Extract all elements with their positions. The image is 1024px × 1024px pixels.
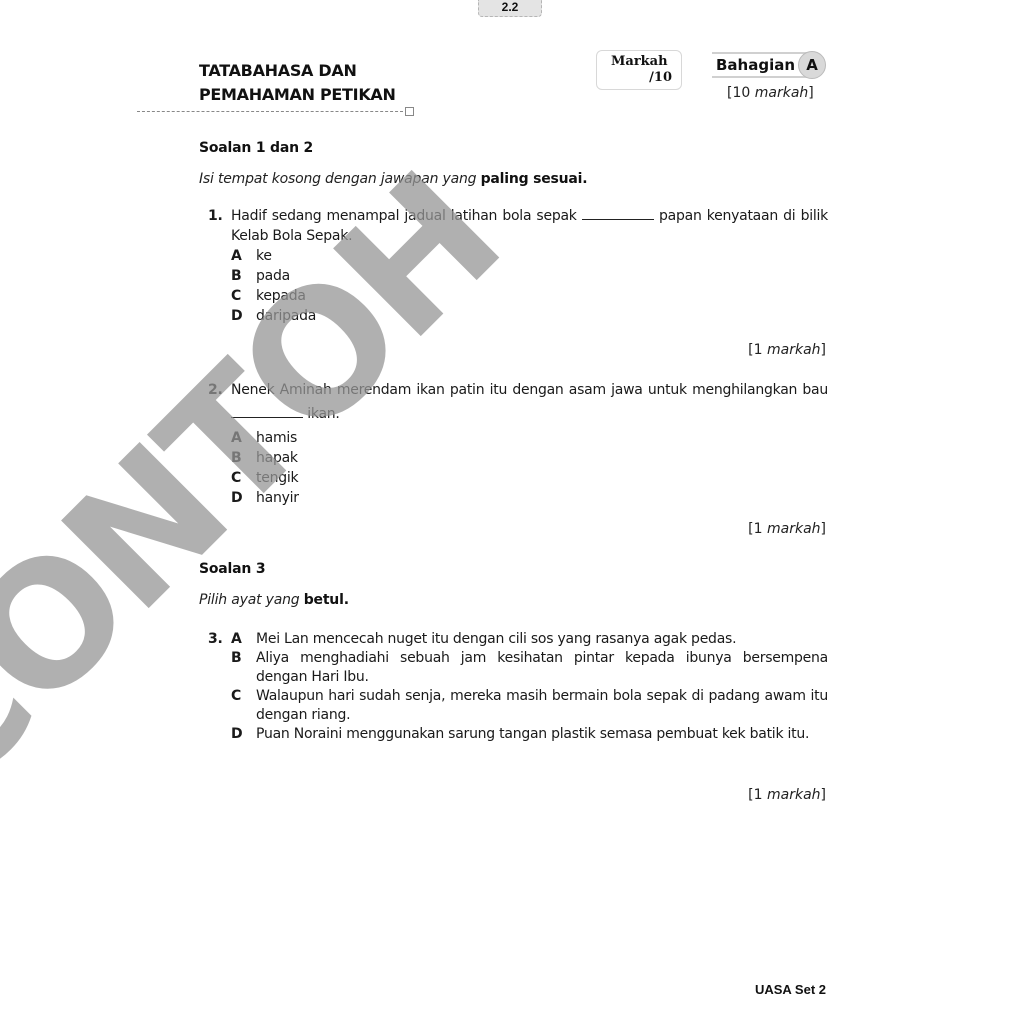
question-3: 3. AMei Lan mencecah nuget itu dengan ci… [208, 630, 828, 744]
question-1-marks: [1 markah] [748, 342, 826, 358]
score-value: /10 [649, 70, 672, 85]
option-d[interactable]: Ddaripada [231, 306, 828, 326]
question-stem: Nenek Aminah merendam ikan patin itu den… [231, 378, 828, 426]
score-label: Markah [611, 54, 668, 69]
option-c[interactable]: Ctengik [231, 466, 828, 486]
option-d[interactable]: DPuan Noraini menggunakan sarung tangan … [231, 725, 828, 744]
question-2: 2. Nenek Aminah merendam ikan patin itu … [208, 378, 828, 506]
answer-blank [231, 405, 303, 418]
question-number: 2. [208, 378, 223, 402]
title-dashed-rule [137, 111, 403, 112]
title-line-1: TATABAHASA DAN [199, 59, 396, 83]
section-heading-q3: Soalan 3 [199, 561, 265, 577]
option-a[interactable]: Ahamis [231, 426, 828, 446]
option-b[interactable]: Bhapak [231, 446, 828, 466]
option-c[interactable]: CWalaupun hari sudah senja, mereka masih… [231, 687, 828, 725]
section-badge: A [798, 51, 826, 79]
rule-end-square-icon [405, 107, 414, 116]
instruction-q3: Pilih ayat yang betul. [199, 592, 349, 608]
question-3-marks: [1 markah] [748, 787, 826, 803]
section-heading-q1-2: Soalan 1 dan 2 [199, 140, 313, 156]
option-b[interactable]: BAliya menghadiahi sebuah jam kesihatan … [231, 649, 828, 687]
section-title: TATABAHASA DAN PEMAHAMAN PETIKAN [199, 59, 396, 107]
score-box: Markah /10 [596, 50, 682, 90]
option-a[interactable]: Ake [231, 246, 828, 266]
footer-set-label: UASA Set 2 [755, 982, 826, 997]
instruction-q1-2: Isi tempat kosong dengan jawapan yang pa… [199, 171, 587, 187]
page-number-tab: 2.2 [478, 0, 542, 17]
option-d[interactable]: Dhanyir [231, 486, 828, 506]
question-number: 1. [208, 206, 223, 226]
section-total-marks: [10 markah] [727, 85, 814, 101]
title-line-2: PEMAHAMAN PETIKAN [199, 83, 396, 107]
question-1: 1. Hadif sedang menampal jadual latihan … [208, 206, 828, 326]
question-number: 3. [208, 630, 223, 649]
answer-blank [582, 207, 654, 220]
option-a[interactable]: AMei Lan mencecah nuget itu dengan cili … [231, 630, 828, 649]
question-stem: Hadif sedang menampal jadual latihan bol… [231, 206, 828, 246]
question-2-marks: [1 markah] [748, 521, 826, 537]
option-b[interactable]: Bpada [231, 266, 828, 286]
option-c[interactable]: Ckepada [231, 286, 828, 306]
